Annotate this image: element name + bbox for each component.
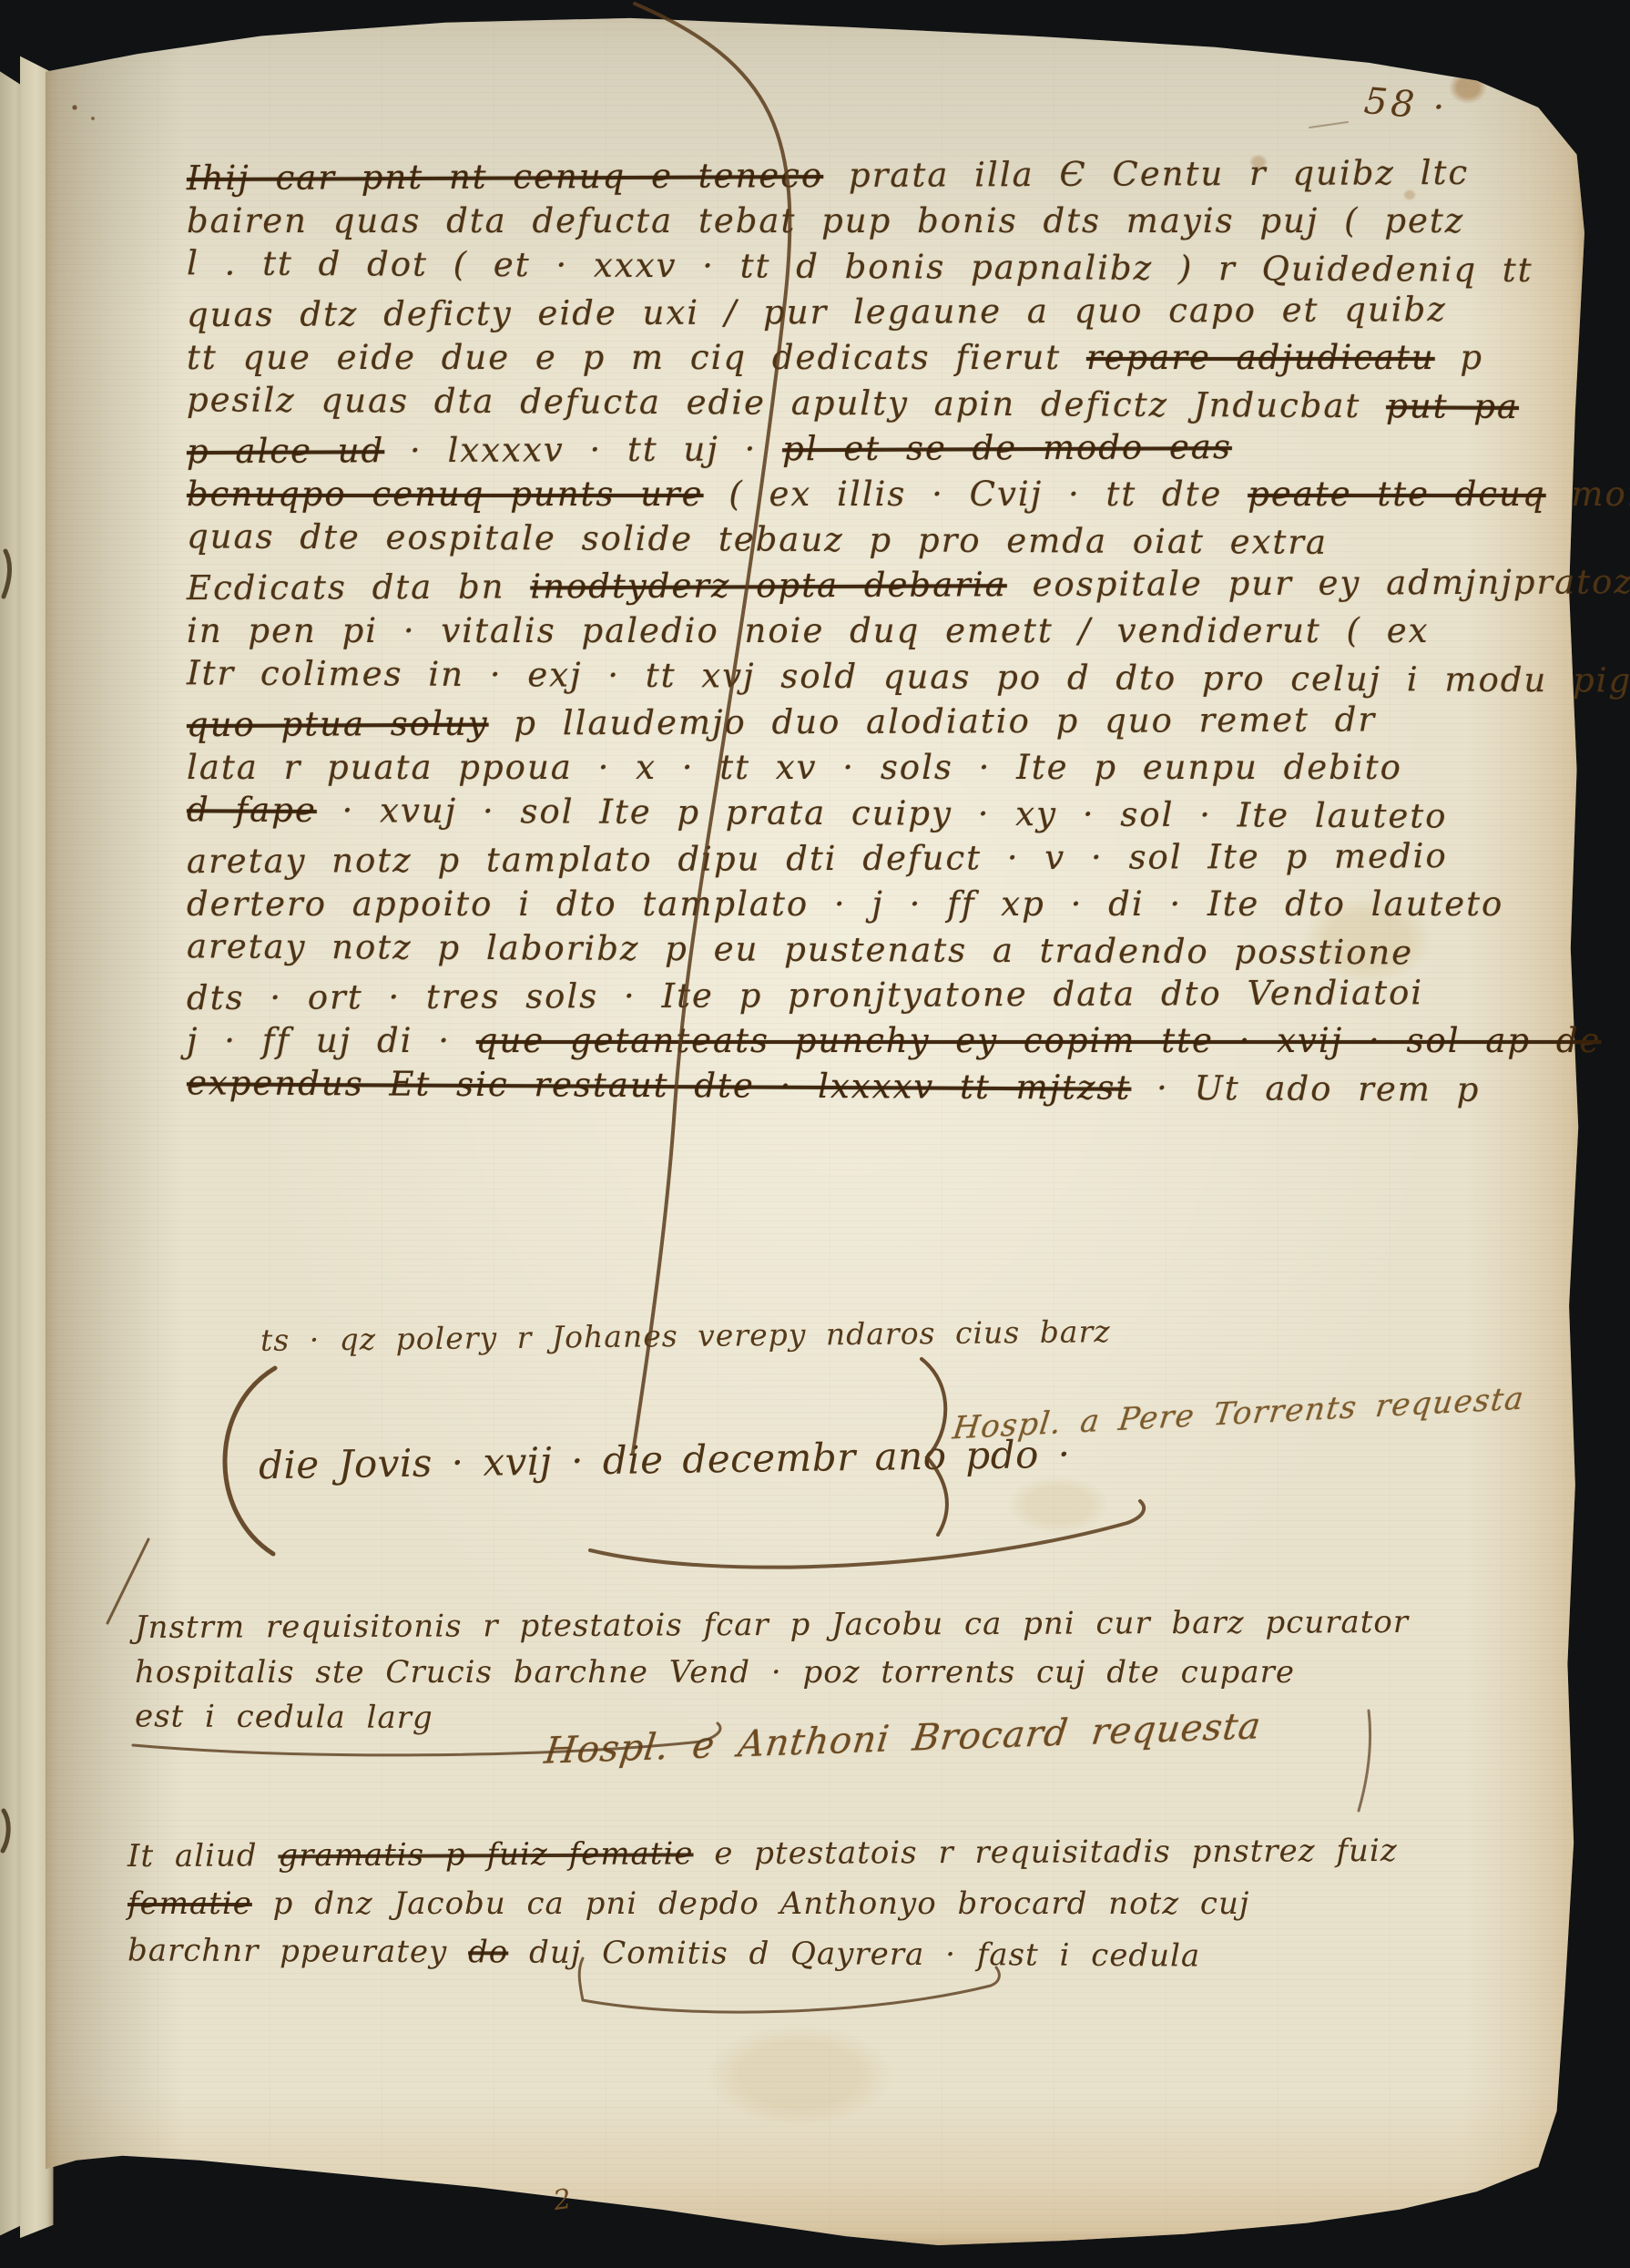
under-folio-edge-outer: [0, 58, 27, 2244]
text-line: aretay notz p tamplato dipu dti defuct ·…: [187, 833, 1480, 884]
text-segment: moneta: [1546, 475, 1630, 514]
text-segment: lata r puata ppoua · x · tt xv · sols · …: [187, 748, 1402, 787]
left-edge-mark-lower: [3, 1811, 8, 1851]
text-segment: quas dtz deficty eide uxi / pur legaune …: [187, 290, 1447, 334]
text-segment: It aliud: [127, 1837, 279, 1875]
text-line: j · ff uj di · que getanteats punchy ey …: [187, 1018, 1480, 1064]
note-second: It aliud gramatis p fuiz fematie e ptest…: [127, 1829, 1398, 1979]
text-line: barchnr ppeuratey do duj Comitis d Qayre…: [127, 1926, 1398, 1982]
text-segment: p llaudemjo duo alodiatio p quo remet dr: [489, 700, 1377, 742]
struck-text: pl et se de modo eas: [782, 427, 1232, 468]
text-line: bcnuqpo cenuq punts ure ( ex illis · Cvi…: [187, 472, 1480, 517]
text-line: pesilz quas dta defucta edie apulty apin…: [187, 377, 1480, 429]
struck-text: d fape: [187, 790, 317, 830]
text-segment: · xvuj · sol Ite p prata cuipy · xy · so…: [317, 791, 1448, 836]
text-segment: eospitale pur ey admjnjpratozs It ab ali…: [1007, 561, 1630, 604]
text-line: tt que eide due e p m ciq dedicats fieru…: [187, 335, 1480, 381]
text-segment: ( ex illis · Cvij · tt dte: [704, 475, 1248, 514]
text-segment: tt que eide due e p m ciq dedicats fieru…: [187, 338, 1086, 377]
text-line: fematie p dnz Jacobu ca pni depdo Anthon…: [127, 1879, 1398, 1929]
text-segment: in pen pi · vitalis paledio noie duq eme…: [187, 611, 1430, 650]
left-edge-mark-upper: [4, 551, 9, 597]
text-segment: Jnstrm requisitonis r ptestatois fcar p …: [135, 1604, 1409, 1646]
text-segment: l . tt d dot ( et · xxxv · tt d bonis pa…: [187, 243, 1533, 290]
struck-text: p alce ud: [187, 431, 384, 471]
struck-text: fematie: [127, 1885, 252, 1922]
text-segment: barchnr ppeuratey: [127, 1932, 468, 1970]
struck-text: expendus Et sic restaut dte · lxxxxv tt …: [187, 1063, 1132, 1107]
struck-text: que getanteats punchy ey copim tte · xvi…: [476, 1021, 1602, 1060]
text-line: dertero appoito i dto tamplato · j · ff …: [187, 882, 1480, 927]
text-line: Jnstrm requisitonis r ptestatois fcar p …: [135, 1599, 1409, 1651]
text-line: expendus Et sic restaut dte · lxxxxv tt …: [187, 1060, 1480, 1112]
text-line: Ihij car pnt nt cenuq e teneco prata ill…: [187, 150, 1480, 201]
text-line: lata r puata ppoua · x · tt xv · sols · …: [187, 745, 1480, 791]
struck-text: repare adjudicatu: [1086, 338, 1435, 377]
text-segment: Itr colimes in · exj · tt xvj sold quas …: [187, 653, 1630, 700]
text-line: It aliud gramatis p fuiz fematie e ptest…: [127, 1826, 1398, 1882]
text-segment: duj Comitis d Qayrera · fast i cedula: [508, 1935, 1200, 1975]
text-line: Itr colimes in · exj · tt xvj sold quas …: [187, 650, 1480, 702]
text-segment: Ecdicats dta bn: [187, 567, 530, 608]
text-line: l . tt d dot ( et · xxxv · tt d bonis pa…: [187, 240, 1480, 292]
text-line: bairen quas dta defucta tebat pup bonis …: [187, 199, 1480, 244]
text-line: dts · ort · tres sols · Ite p pronjtyato…: [187, 970, 1480, 1021]
text-line: p alce ud · lxxxxv · tt uj · pl et se de…: [187, 424, 1480, 475]
text-segment: pesilz quas dta defucta edie apulty apin…: [187, 380, 1386, 425]
struck-text: gramatis p fuiz fematie: [278, 1835, 693, 1874]
struck-text: inodtyderz opta debaria: [530, 565, 1007, 606]
text-segment: hospitalis ste Crucis barchne Vend · poz…: [135, 1654, 1295, 1691]
text-segment: dertero appoito i dto tamplato · j · ff …: [187, 884, 1503, 924]
struck-text: quo ptua soluy: [187, 704, 489, 744]
text-segment: bairen quas dta defucta tebat pup bonis …: [187, 201, 1464, 240]
text-line: Ecdicats dta bn inodtyderz opta debaria …: [187, 560, 1480, 611]
struck-text: Ihij car pnt nt cenuq e teneco: [187, 156, 823, 198]
struck-text: do: [468, 1934, 508, 1970]
struck-text: peate tte dcuq: [1248, 475, 1545, 514]
text-segment: dts · ort · tres sols · Ite p pronjtyato…: [187, 973, 1423, 1017]
text-line: quo ptua soluy p llaudemjo duo alodiatio…: [187, 697, 1480, 748]
text-line: hospitalis ste Crucis barchne Vend · poz…: [135, 1649, 1409, 1696]
text-segment: est i cedula larg: [135, 1698, 433, 1736]
text-segment: p dnz Jacobu ca pni depdo Anthonyo broca…: [252, 1885, 1250, 1922]
text-line: d fape · xvuj · sol Ite p prata cuipy · …: [187, 787, 1480, 839]
manuscript-photograph: 58 · Ihij car pnt nt cenuq e teneco prat…: [0, 0, 1630, 2268]
text-segment: aretay notz p laboribz p eu pustenats a …: [187, 926, 1413, 972]
text-line: aretay notz p laboribz p eu pustenats a …: [187, 924, 1480, 976]
text-line: in pen pi · vitalis paledio noie duq eme…: [187, 608, 1480, 654]
text-segment: j · ff uj di ·: [187, 1021, 476, 1060]
text-segment: prata illa Є Centu r quibz ltc: [823, 153, 1469, 195]
text-segment: e ptestatois r requisitadis pnstrez fuiz: [693, 1833, 1397, 1872]
text-segment: · lxxxxv · tt uj ·: [384, 429, 782, 470]
text-segment: p: [1435, 338, 1483, 377]
text-line: quas dtz deficty eide uxi / pur legaune …: [187, 287, 1480, 338]
folio-number: 58 ·: [1362, 80, 1450, 129]
text-segment: quas dte eospitale solide tebauz p pro e…: [187, 516, 1328, 562]
struck-text: put pa: [1386, 386, 1519, 426]
main-text-block: Ihij car pnt nt cenuq e teneco prata ill…: [187, 153, 1480, 1109]
text-segment: · Ut ado rem p: [1131, 1068, 1480, 1109]
struck-text: bcnuqpo cenuq punts ure: [187, 475, 704, 514]
text-line: quas dte eospitale solide tebauz p pro e…: [187, 514, 1480, 566]
text-segment: aretay notz p tamplato dipu dti defuct ·…: [187, 836, 1448, 881]
